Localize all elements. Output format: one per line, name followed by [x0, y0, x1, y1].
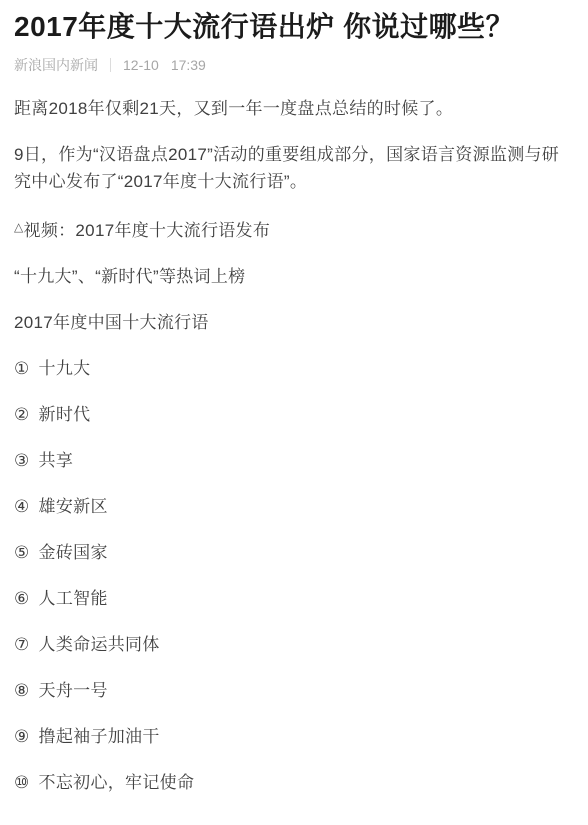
video-link[interactable]: △视频：2017年度十大流行语发布 — [14, 214, 574, 244]
buzzword-item: ④雄安新区 — [14, 493, 574, 520]
circled-number-icon: ⑦ — [14, 635, 30, 654]
article-page: 2017年度十大流行语出炉 你说过哪些？ 新浪国内新闻 12-10 17:39 … — [0, 8, 588, 825]
buzzword-item: ⑧天舟一号 — [14, 677, 574, 704]
buzzword-item: ①十九大 — [14, 355, 574, 382]
list-title: 2017年度中国十大流行语 — [14, 309, 574, 336]
video-link-line: △视频：2017年度十大流行语发布 — [14, 214, 574, 244]
circled-number-icon: ⑩ — [14, 773, 30, 792]
circled-number-icon: ⑥ — [14, 589, 30, 608]
buzzword-text: 金砖国家 — [39, 543, 108, 562]
video-link-label: 视频：2017年度十大流行语发布 — [24, 221, 271, 240]
meta-separator — [110, 58, 111, 72]
circled-number-icon: ⑨ — [14, 727, 30, 746]
source-link[interactable]: 新浪国内新闻 — [14, 55, 98, 75]
triangle-icon: △ — [14, 220, 24, 234]
buzzword-text: 不忘初心，牢记使命 — [39, 773, 195, 792]
circled-number-icon: ③ — [14, 451, 30, 470]
buzzword-text: 共享 — [39, 451, 74, 470]
circled-number-icon: ④ — [14, 497, 30, 516]
buzzword-item: ⑦人类命运共同体 — [14, 631, 574, 658]
buzzword-item: ⑨撸起袖子加油干 — [14, 723, 574, 750]
subheading: “十九大”、“新时代”等热词上榜 — [14, 263, 574, 290]
buzzword-item: ⑩不忘初心，牢记使命 — [14, 769, 574, 796]
publish-date: 12-10 — [123, 57, 159, 73]
buzzword-text: 雄安新区 — [39, 497, 108, 516]
publish-time: 17:39 — [171, 57, 206, 73]
buzzword-item: ②新时代 — [14, 401, 574, 428]
article-meta: 新浪国内新闻 12-10 17:39 — [14, 55, 574, 75]
intro-paragraph: 9日，作为“汉语盘点2017”活动的重要组成部分，国家语言资源监测与研究中心发布… — [14, 141, 574, 195]
buzzword-item: ⑥人工智能 — [14, 585, 574, 612]
circled-number-icon: ② — [14, 405, 30, 424]
buzzword-text: 新时代 — [39, 405, 91, 424]
circled-number-icon: ① — [14, 359, 30, 378]
circled-number-icon: ⑧ — [14, 681, 30, 700]
intro-paragraph: 距离2018年仅剩21天，又到一年一度盘点总结的时候了。 — [14, 95, 574, 122]
buzzword-text: 天舟一号 — [39, 681, 108, 700]
article-title: 2017年度十大流行语出炉 你说过哪些？ — [14, 8, 574, 46]
buzzword-text: 撸起袖子加油干 — [39, 727, 160, 746]
buzzword-text: 十九大 — [39, 359, 91, 378]
buzzword-text: 人工智能 — [39, 589, 108, 608]
circled-number-icon: ⑤ — [14, 543, 30, 562]
buzzword-item: ③共享 — [14, 447, 574, 474]
buzzword-text: 人类命运共同体 — [39, 635, 160, 654]
buzzword-item: ⑤金砖国家 — [14, 539, 574, 566]
